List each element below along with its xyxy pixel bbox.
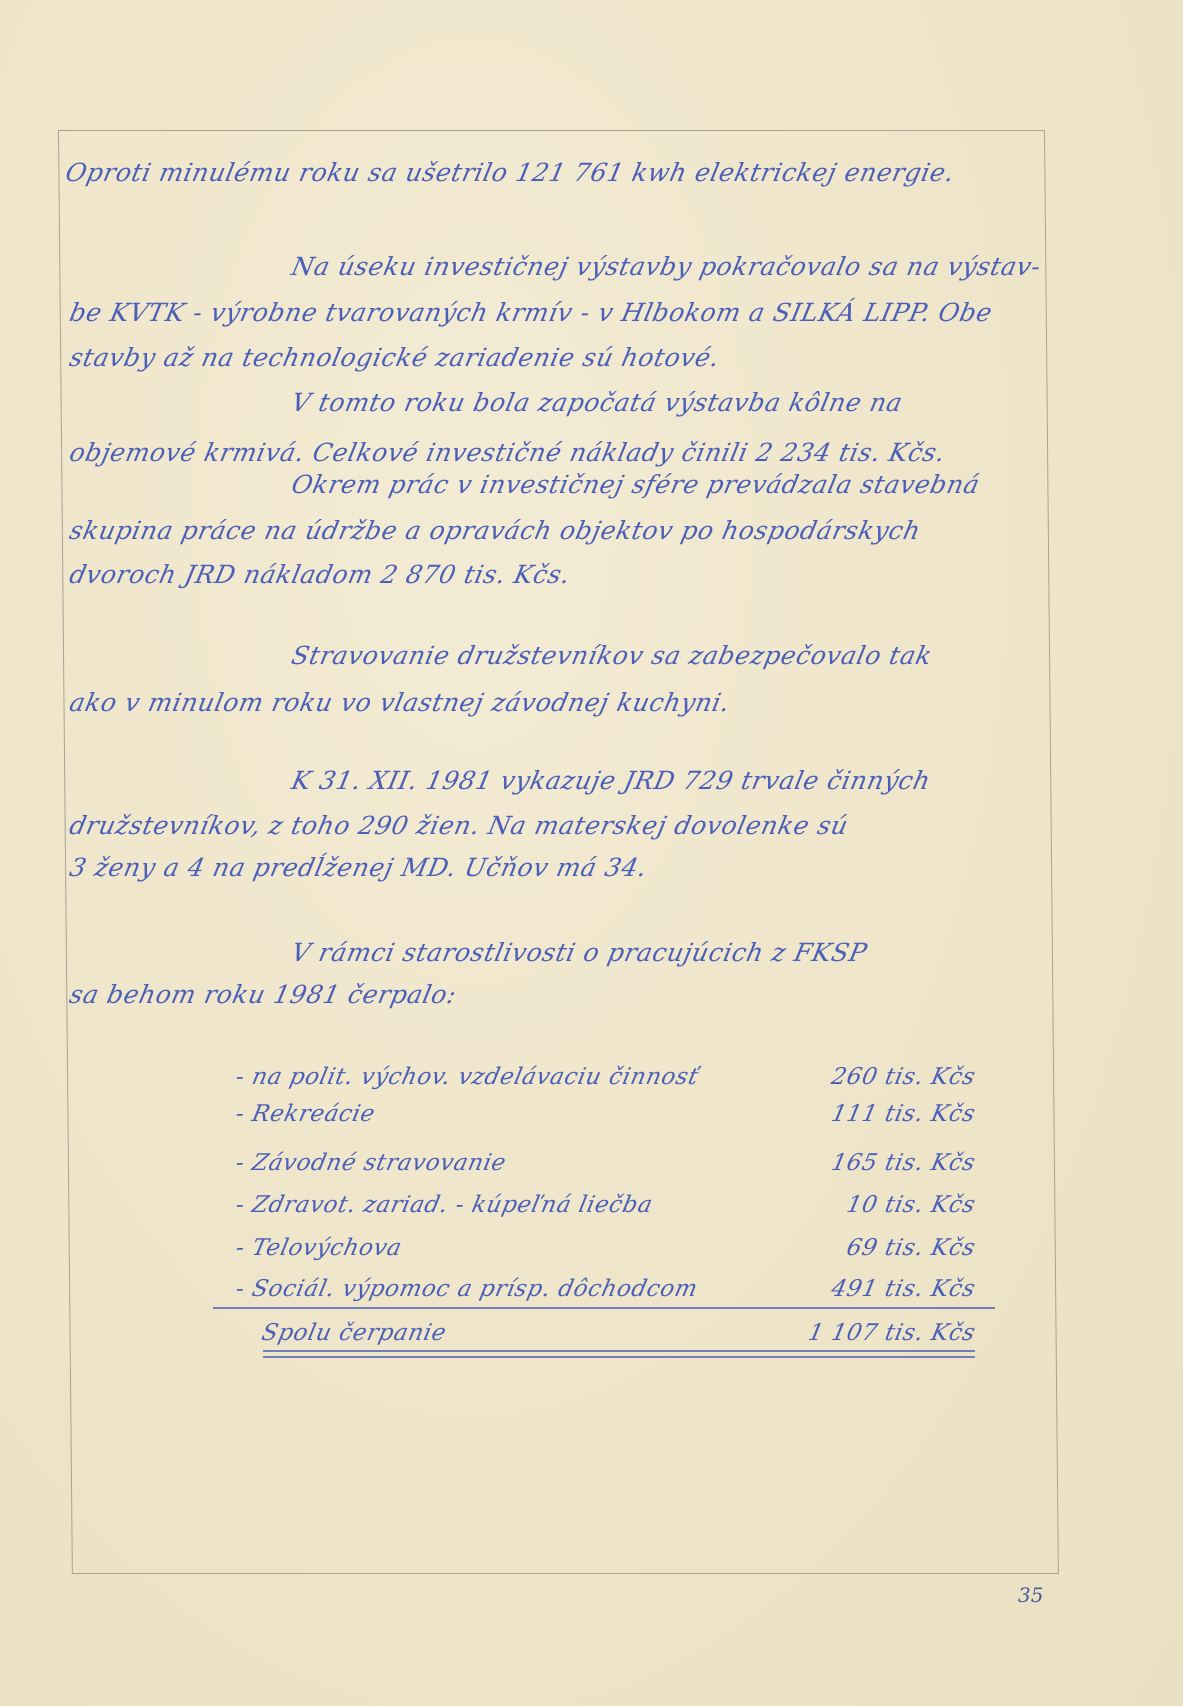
text-line: družstevníkov, z toho 290 žien. Na mater… [67, 813, 850, 838]
text-line: 3 ženy a 4 na predĺženej MD. Učňov má 34… [67, 855, 649, 880]
table-row-label: - Telovýchova [234, 1237, 404, 1260]
table-row-amount: 111 tis. Kčs [798, 1103, 978, 1126]
text-line: Okrem prác v investičnej sfére prevádzal… [289, 472, 982, 497]
text-line: Na úseku investičnej výstavby pokračoval… [289, 254, 1043, 279]
text-line: V tomto roku bola započatá výstavba kôln… [289, 390, 905, 415]
page-number: 35 [1018, 1583, 1043, 1607]
subtotal-underline [213, 1307, 995, 1309]
table-row-label: - Zdravot. zariad. - kúpeľná liečba [234, 1194, 655, 1217]
table-row-amount: 260 tis. Kčs [798, 1066, 978, 1089]
table-row-amount: 10 tis. Kčs [798, 1194, 978, 1217]
text-line: objemové krmivá. Celkové investičné nákl… [67, 440, 947, 465]
table-row-label: - Závodné stravovanie [234, 1152, 509, 1175]
total-label: Spolu čerpanie [260, 1322, 449, 1345]
text-line: K 31. XII. 1981 vykazuje JRD 729 trvale … [289, 768, 933, 793]
table-row-label: - Rekreácie [234, 1103, 378, 1126]
text-line: skupina práce na údržbe a opravách objek… [67, 518, 923, 543]
text-line: sa behom roku 1981 čerpalo: [67, 982, 459, 1007]
text-line: dvoroch JRD nákladom 2 870 tis. Kčs. [67, 562, 572, 587]
table-row-label: - Sociál. výpomoc a prísp. dôchodcom [234, 1278, 700, 1301]
total-double-underline-bottom [263, 1356, 975, 1358]
table-row-label: - na polit. výchov. vzdelávaciu činnosť [234, 1066, 701, 1089]
text-line: be KVTK - výrobne tvarovaných krmív - v … [67, 300, 994, 325]
text-line: V rámci starostlivosti o pracujúcich z F… [289, 940, 869, 965]
text-line: ako v minulom roku vo vlastnej závodnej … [67, 690, 732, 715]
table-row-amount: 69 tis. Kčs [798, 1237, 978, 1260]
total-amount: 1 107 tis. Kčs [778, 1322, 978, 1345]
table-row-amount: 491 tis. Kčs [798, 1278, 978, 1301]
table-row-amount: 165 tis. Kčs [798, 1152, 978, 1175]
text-line: Stravovanie družstevníkov sa zabezpečova… [289, 643, 934, 668]
text-line: Oproti minulému roku sa ušetrilo 121 761… [63, 160, 957, 185]
text-line: stavby až na technologické zariadenie sú… [67, 345, 722, 370]
total-double-underline-top [263, 1350, 975, 1352]
